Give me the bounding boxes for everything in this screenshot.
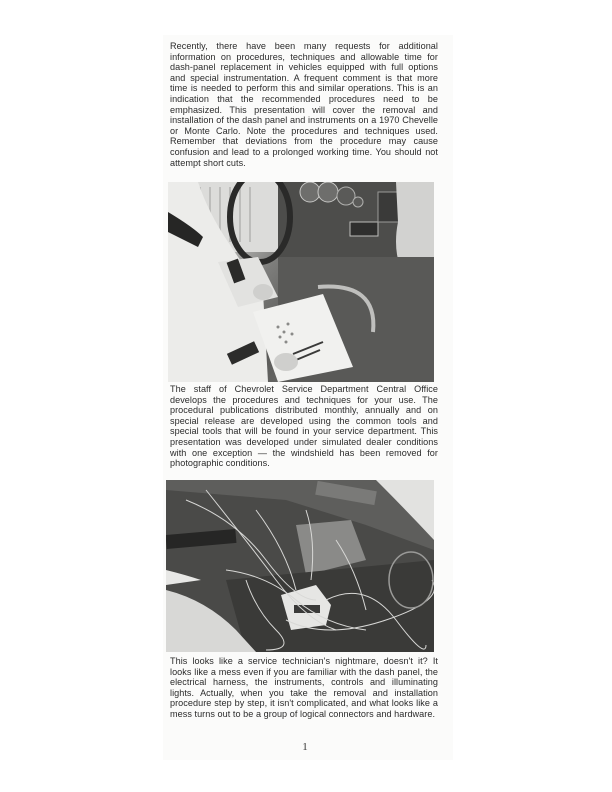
nightmare-paragraph: This looks like a service technician's n… bbox=[170, 656, 438, 720]
intro-paragraph: Recently, there have been many requests … bbox=[170, 41, 438, 168]
page-number: 1 bbox=[290, 741, 320, 753]
dash-wiring-harness-photo bbox=[166, 480, 434, 652]
technician-reviewing-diagram-photo bbox=[168, 182, 434, 382]
staff-paragraph: The staff of Chevrolet Service Departmen… bbox=[170, 384, 438, 469]
